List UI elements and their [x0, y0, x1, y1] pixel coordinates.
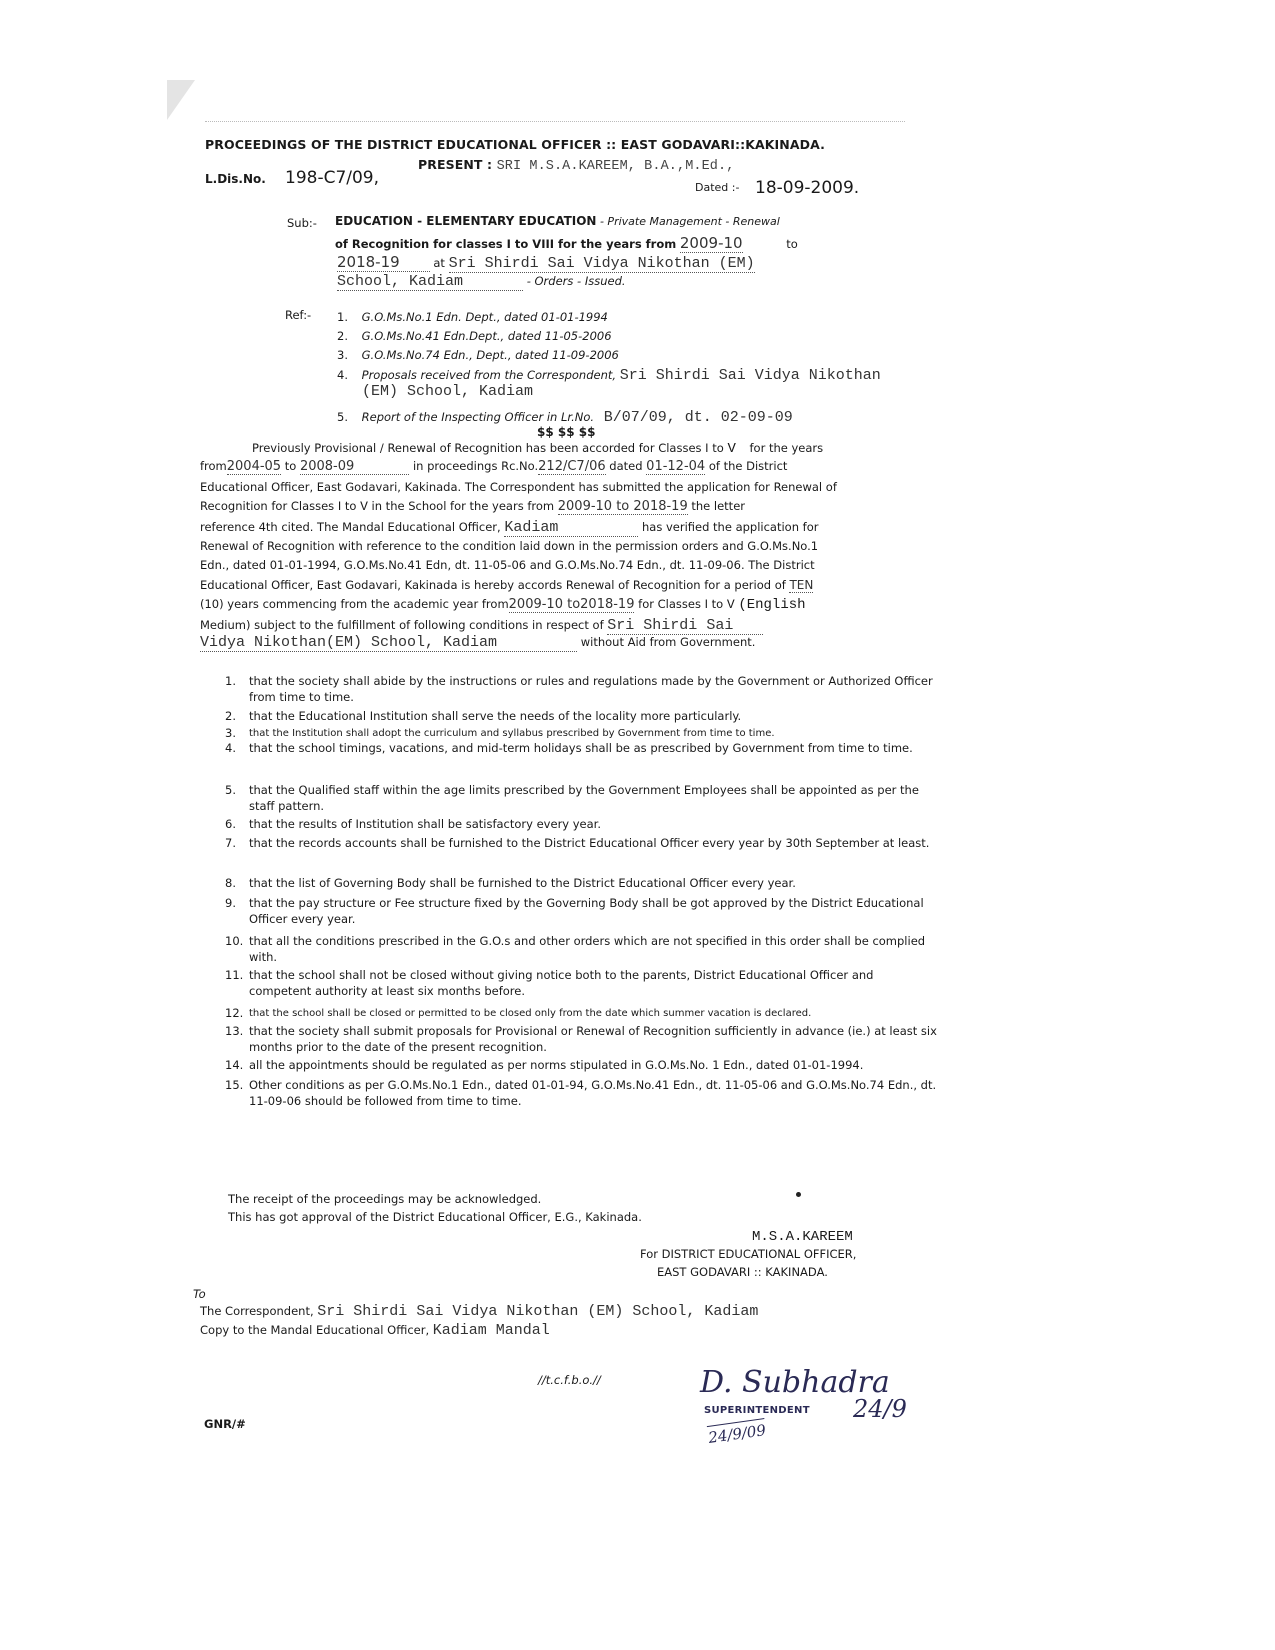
body-fill-years: 2009-10 to2018-19 — [509, 597, 635, 613]
ref-fill: Sri Shirdi Sai Vidya Nikothan — [620, 367, 881, 384]
body-fill-rc-number: 212/C7/06 — [538, 459, 605, 475]
present-label: PRESENT : — [418, 157, 492, 172]
body-fill-years: 2009-10 to 2018-19 — [558, 499, 688, 515]
body-line: from2004-05 to 2008-09 in proceedings Rc… — [200, 459, 787, 474]
acknowledgement-line: The receipt of the proceedings may be ac… — [228, 1192, 541, 1206]
body-text: has verified the application for — [642, 520, 819, 534]
body-fill-period: TEN — [789, 578, 813, 593]
copy-recipient: Kadiam Mandal — [433, 1322, 550, 1339]
correspondent-label: The Correspondent, — [200, 1304, 314, 1318]
body-fill-year-from: 2004-05 — [227, 459, 281, 475]
body-fill-mandal: Kadiam — [504, 519, 638, 537]
ref-num: 4. — [337, 368, 348, 382]
handwritten-date: 24/9 — [853, 1395, 907, 1423]
body-line: Educational Officer, East Godavari, Kaki… — [200, 578, 813, 592]
handwritten-date-initialled: 24/9/09 — [707, 1418, 767, 1447]
subject-year-from: 2009-10 — [680, 234, 743, 253]
condition-number: 10. — [225, 934, 247, 950]
condition-number: 9. — [225, 896, 247, 912]
signatory-designation: For DISTRICT EDUCATIONAL OFFICER, — [640, 1247, 856, 1261]
subject-school-place: School, Kadiam — [337, 273, 523, 291]
body-line: (10) years commencing from the academic … — [200, 597, 806, 613]
condition-number: 13. — [225, 1024, 247, 1040]
body-text: in the School for the years from — [372, 499, 555, 513]
initials: GNR/# — [204, 1417, 246, 1431]
body-fill-classes: V — [727, 441, 735, 457]
condition-text: that the Educational Institution shall s… — [249, 709, 939, 725]
ref-text: G.O.Ms.No.41 Edn.Dept., dated 11-05-2006 — [362, 329, 612, 343]
condition-text: that the results of Institution shall be… — [249, 817, 939, 833]
signatory-name: M.S.A.KAREEM — [752, 1229, 853, 1245]
body-fill-date: 01-12-04 — [646, 459, 705, 475]
body-text: dated — [609, 459, 642, 473]
ink-dot — [796, 1192, 801, 1197]
body-line: reference 4th cited. The Mandal Educatio… — [200, 519, 818, 536]
ref-text: G.O.Ms.No.1 Edn. Dept., dated 01-01-1994 — [362, 310, 608, 324]
signatory-office: EAST GODAVARI :: KAKINADA. — [657, 1265, 828, 1279]
condition-text: that the school shall be closed or permi… — [249, 1006, 939, 1022]
body-text: Medium) subject to the fulfillment of fo… — [200, 618, 604, 632]
body-line: Previously Provisional / Renewal of Reco… — [252, 441, 823, 457]
dated-label: Dated :- — [695, 181, 739, 194]
subject-text: of Recognition for classes I to VIII for… — [335, 237, 676, 251]
body-text: from — [200, 459, 227, 473]
present-line: PRESENT : SRI M.S.A.KAREEM, B.A.,M.Ed., — [418, 157, 734, 174]
condition-number: 2. — [225, 709, 247, 725]
ref-item: 5. Report of the Inspecting Officer in L… — [337, 409, 793, 426]
condition-text: Other conditions as per G.O.Ms.No.1 Edn.… — [249, 1078, 939, 1109]
condition-text: that all the conditions prescribed in th… — [249, 934, 939, 965]
body-text: the letter — [691, 499, 745, 513]
condition-text: that the Qualified staff within the age … — [249, 783, 939, 814]
body-line: Edn., dated 01-01-1994, G.O.Ms.No.41 Edn… — [200, 558, 815, 572]
ldis-label: L.Dis.No. — [205, 172, 266, 186]
dated-value: 18-09-2009. — [755, 178, 859, 198]
scan-artifact-line — [205, 121, 905, 123]
superintendent-stamp: SUPERINTENDENT — [704, 1405, 810, 1416]
body-text: for Classes I to — [638, 597, 723, 611]
present-name: SRI M.S.A.KAREEM, B.A.,M.Ed., — [497, 159, 735, 174]
subject-at: at — [433, 256, 445, 270]
condition-text: that the pay structure or Fee structure … — [249, 896, 939, 927]
condition-number: 3. — [225, 726, 247, 742]
body-text: (10) years commencing from the academic … — [200, 597, 509, 611]
condition-number: 14. — [225, 1058, 247, 1074]
body-fill-year-to: 2008-09 — [300, 459, 409, 475]
condition-text: that the school shall not be closed with… — [249, 968, 939, 999]
condition-number: 12. — [225, 1006, 247, 1022]
condition-number: 11. — [225, 968, 247, 984]
condition-number: 8. — [225, 876, 247, 892]
document-page: PROCEEDINGS OF THE DISTRICT EDUCATIONAL … — [0, 0, 1275, 1650]
subject-heading-rest: - Private Management - Renewal — [596, 215, 779, 228]
condition-number: 1. — [225, 674, 247, 690]
ref-item: 2. G.O.Ms.No.41 Edn.Dept., dated 11-05-2… — [337, 329, 612, 343]
condition-text: that the list of Governing Body shall be… — [249, 876, 939, 892]
body-text: of the District — [709, 459, 788, 473]
ref-num: 5. — [337, 410, 348, 424]
separator: $$ $$ $$ — [537, 425, 595, 439]
ref-label: Ref:- — [285, 308, 311, 322]
ref-text: Proposals received from the Corresponden… — [362, 368, 616, 382]
to-label: To — [193, 1287, 206, 1301]
approval-line: This has got approval of the District Ed… — [228, 1210, 642, 1224]
body-text: Educational Officer, East Godavari, Kaki… — [200, 578, 786, 592]
ref-item: 1. G.O.Ms.No.1 Edn. Dept., dated 01-01-1… — [337, 310, 608, 324]
subject-label: Sub:- — [287, 216, 317, 230]
scan-corner-fold — [167, 80, 195, 120]
condition-number: 4. — [225, 741, 247, 757]
ref-text: G.O.Ms.No.74 Edn., Dept., dated 11-09-20… — [362, 348, 619, 362]
copy-label: Copy to the Mandal Educational Officer, — [200, 1323, 429, 1337]
ldis-number: 198-C7/09, — [285, 168, 379, 188]
ref-num: 1. — [337, 310, 348, 324]
condition-text: all the appointments should be regulated… — [249, 1058, 939, 1074]
subject-school-name: Sri Shirdi Sai Vidya Nikothan (EM) — [449, 255, 755, 273]
subject-line-2: of Recognition for classes I to VIII for… — [335, 234, 798, 252]
condition-text: that the society shall abide by the inst… — [249, 674, 939, 705]
ref-text: Report of the Inspecting Officer in Lr.N… — [362, 410, 594, 424]
body-line: Recognition for Classes I to V in the Sc… — [200, 499, 745, 514]
subject-line-4: School, Kadiam - Orders - Issued. — [337, 273, 626, 290]
condition-text: that the records accounts shall be furni… — [249, 836, 939, 852]
ref-num: 2. — [337, 329, 348, 343]
body-line: Renewal of Recognition with reference to… — [200, 539, 818, 553]
body-line: Medium) subject to the fulfillment of fo… — [200, 617, 763, 634]
subject-orders-issued: - Orders - Issued. — [527, 274, 626, 288]
ref-fill: B/07/09, dt. 02-09-09 — [604, 409, 793, 426]
condition-text: that the school timings, vacations, and … — [249, 741, 939, 757]
condition-text: that the Institution shall adopt the cur… — [249, 726, 939, 742]
body-text: in proceedings Rc.No. — [413, 459, 538, 473]
body-text: reference 4th cited. The Mandal Educatio… — [200, 520, 501, 534]
body-line: Vidya Nikothan(EM) School, Kadiam withou… — [200, 634, 755, 651]
body-fill-school: Sri Shirdi Sai — [607, 617, 763, 635]
body-fill-classes: V — [727, 597, 735, 612]
to-correspondent: The Correspondent, Sri Shirdi Sai Vidya … — [200, 1303, 758, 1320]
ref-item: 4. Proposals received from the Correspon… — [337, 367, 881, 384]
body-text: for the years — [750, 441, 824, 455]
ref-item: 3. G.O.Ms.No.74 Edn., Dept., dated 11-09… — [337, 348, 619, 362]
copy-to: Copy to the Mandal Educational Officer, … — [200, 1322, 550, 1339]
body-text: to — [285, 459, 297, 473]
body-text: Previously Provisional / Renewal of Reco… — [252, 441, 724, 455]
condition-text: that the society shall submit proposals … — [249, 1024, 939, 1055]
body-text: Recognition for Classes I to — [200, 499, 356, 513]
condition-number: 7. — [225, 836, 247, 852]
condition-number: 6. — [225, 817, 247, 833]
ref-item-continued: (EM) School, Kadiam — [362, 383, 533, 400]
proceedings-title: PROCEEDINGS OF THE DISTRICT EDUCATIONAL … — [205, 137, 825, 152]
body-fill-school: Vidya Nikothan(EM) School, Kadiam — [200, 634, 577, 652]
subject-to: to — [786, 237, 798, 251]
body-text: without Aid from Government. — [581, 635, 756, 649]
subject-year-to: 2018-19 — [337, 253, 430, 272]
body-line: Educational Officer, East Godavari, Kaki… — [200, 480, 837, 494]
tcfbo-mark: //t.c.f.b.o.// — [538, 1373, 601, 1387]
correspondent-name: Sri Shirdi Sai Vidya Nikothan (EM) Schoo… — [317, 1303, 758, 1320]
subject-line-1: EDUCATION - ELEMENTARY EDUCATION - Priva… — [335, 214, 780, 228]
ref-num: 3. — [337, 348, 348, 362]
subject-heading: EDUCATION - ELEMENTARY EDUCATION — [335, 214, 596, 228]
subject-line-3: 2018-19 at Sri Shirdi Sai Vidya Nikothan… — [337, 253, 755, 272]
body-fill-medium: (English — [738, 597, 805, 613]
condition-number: 15. — [225, 1078, 247, 1094]
body-fill-classes: V — [360, 499, 368, 514]
condition-number: 5. — [225, 783, 247, 799]
